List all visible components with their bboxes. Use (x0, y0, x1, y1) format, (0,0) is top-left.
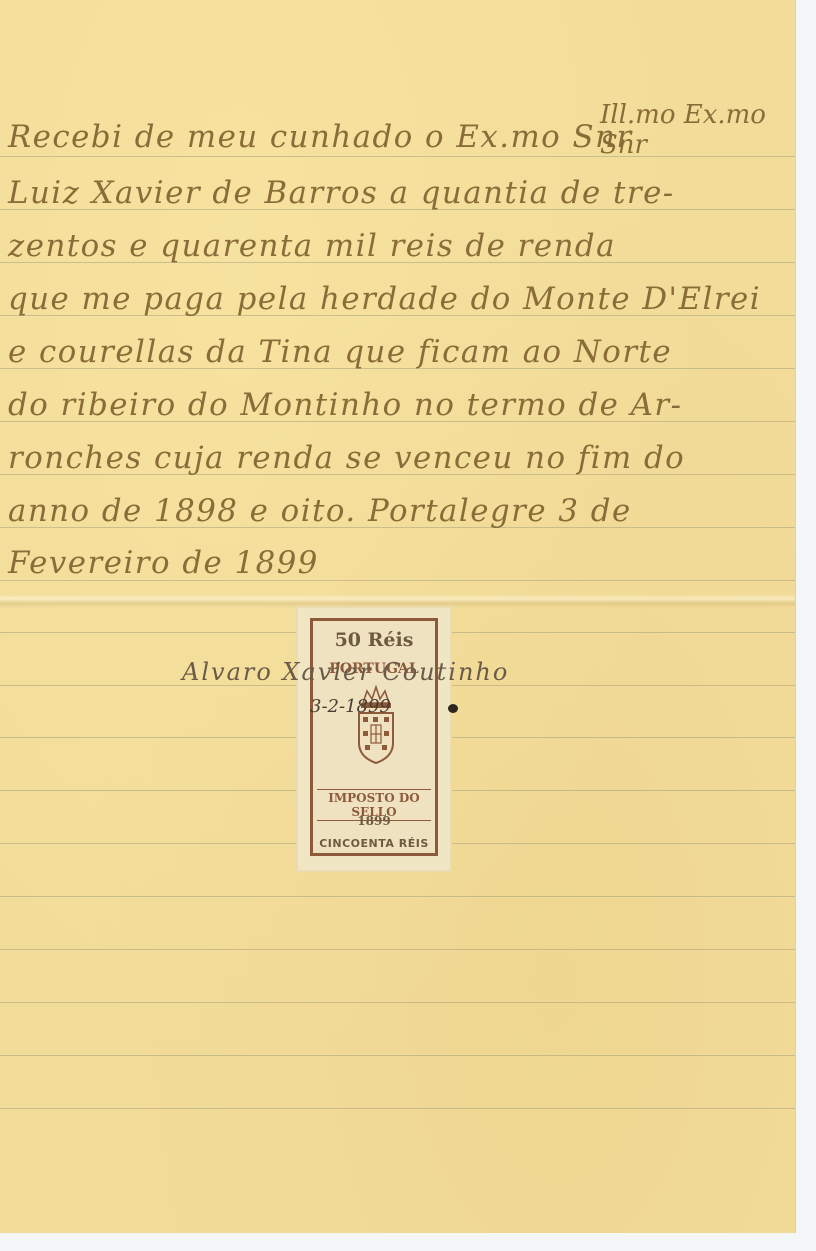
stamp-year: 1899 (313, 814, 435, 828)
ruled-line (0, 896, 795, 897)
ruled-line (0, 1002, 795, 1003)
ruled-line (0, 1108, 795, 1109)
handwritten-line-9: Fevereiro de 1899 (8, 548, 788, 579)
handwritten-line-6: do ribeiro do Montinho no termo de Ar- (8, 390, 788, 421)
revenue-stamp: 50 Réis PORTUGAL IMPOSTO DO SELLO 1899 C… (298, 608, 450, 870)
ruled-line (0, 949, 795, 950)
paper-fold (0, 594, 795, 608)
signature-date-mark: 3-2-1899 (310, 696, 391, 717)
stamp-value: 50 Réis (313, 629, 435, 651)
handwritten-line-3: zentos e quarenta mil reis de renda (8, 231, 788, 262)
ruled-line (0, 1055, 795, 1056)
signature: Alvaro Xavier Coutinho (182, 658, 509, 686)
paper-sheet: Ill.mo Ex.mo Snr Recebi de meu cunhado o… (0, 0, 795, 1233)
ink-blot (448, 704, 458, 713)
handwritten-line-2: Luiz Xavier de Barros a quantia de tre- (8, 178, 788, 209)
stamp-frame: 50 Réis PORTUGAL IMPOSTO DO SELLO 1899 C… (310, 618, 438, 856)
handwritten-line-8: anno de 1898 e oito. Portalegre 3 de (8, 496, 788, 527)
handwritten-line-4: que me paga pela herdade do Monte D'Elre… (8, 284, 788, 315)
handwritten-line-5: e courellas da Tina que ficam ao Norte (8, 337, 788, 368)
handwritten-line-7: ronches cuja renda se venceu no fim do (8, 443, 788, 474)
stamp-value-text: CINCOENTA RÉIS (313, 837, 435, 850)
handwritten-line-1: Recebi de meu cunhado o Ex.mo Snr (8, 122, 788, 153)
